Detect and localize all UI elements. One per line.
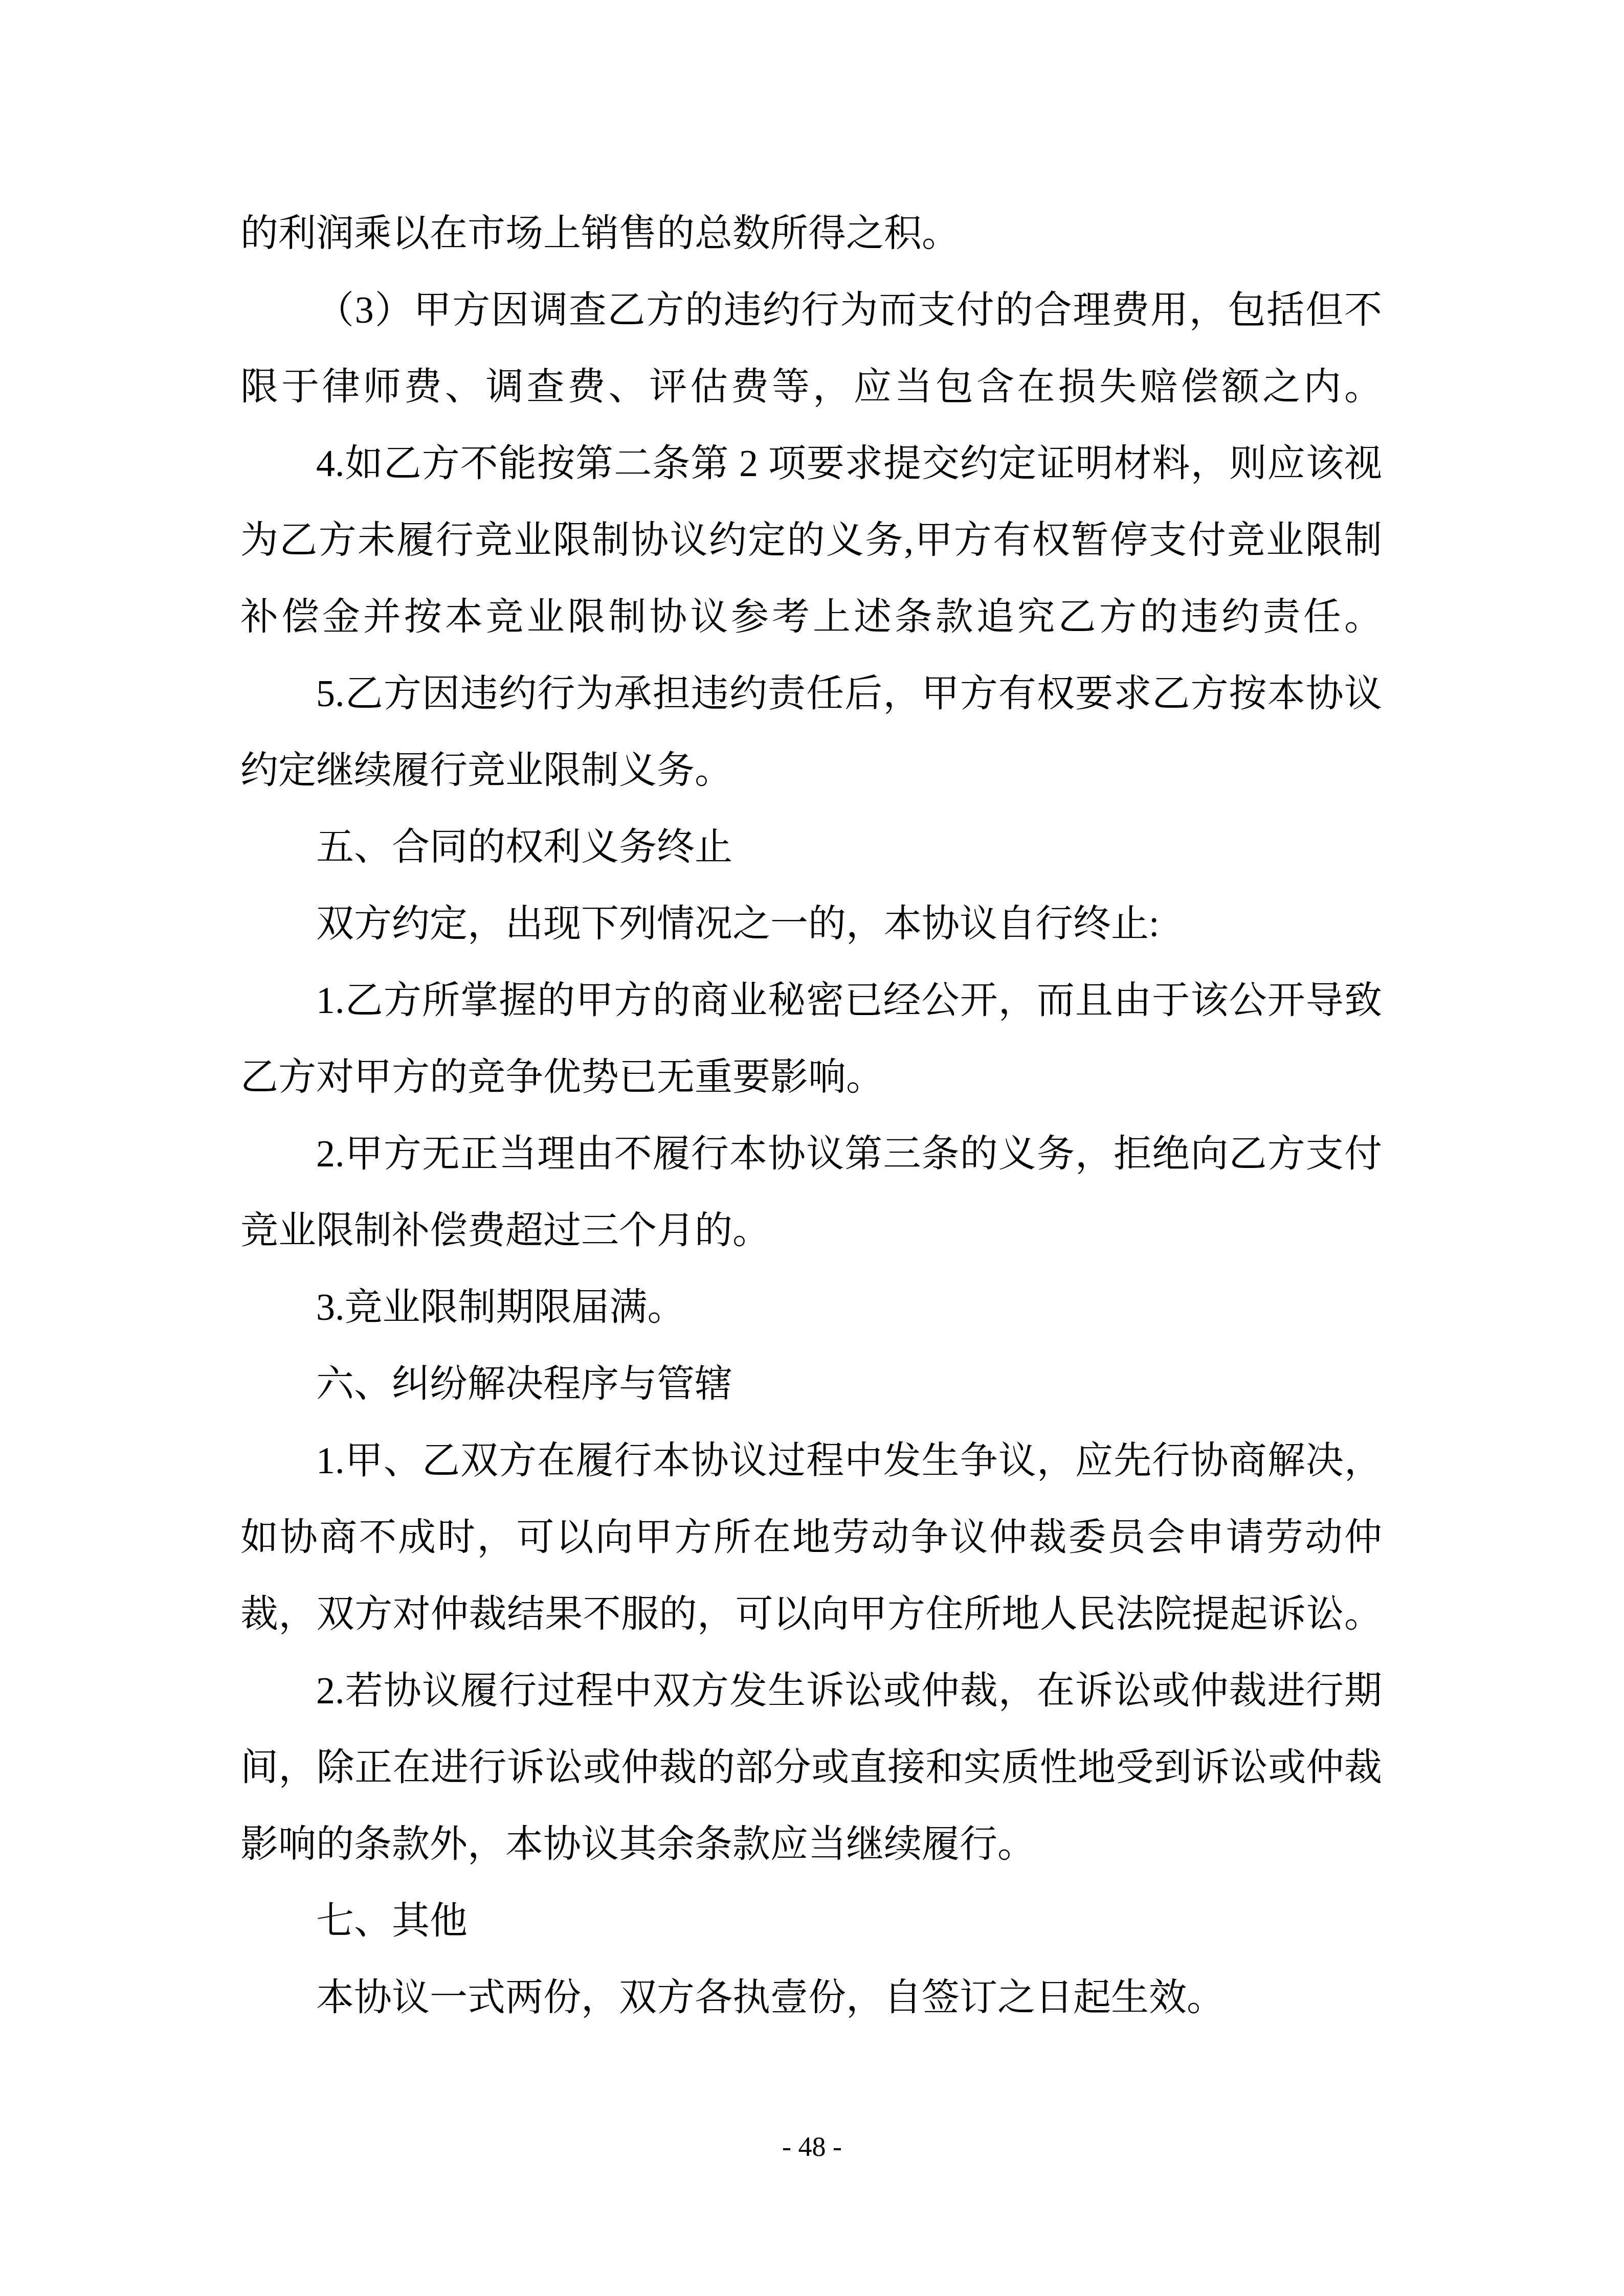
text-line: 3.竞业限制期限届满。 [240,1269,1382,1346]
text-line: 间，除正在进行诉讼或仲裁的部分或直接和实质性地受到诉讼或仲裁 [240,1729,1382,1806]
text-line: （3）甲方因调查乙方的违约行为而支付的合理费用，包括但不 [240,272,1382,349]
text-line: 双方约定，出现下列情况之一的，本协议自行终止: [240,886,1382,962]
page-number: - 48 - [0,2131,1624,2162]
text-line: 约定继续履行竞业限制义务。 [240,732,1382,809]
text-line: 2.甲方无正当理由不履行本协议第三条的义务，拒绝向乙方支付 [240,1116,1382,1192]
text-line: 的利润乘以在市场上销售的总数所得之积。 [240,195,1382,272]
document-page: 的利润乘以在市场上销售的总数所得之积。（3）甲方因调查乙方的违约行为而支付的合理… [0,0,1624,2296]
text-line: 4.如乙方不能按第二条第 2 项要求提交约定证明材料，则应该视 [240,425,1382,502]
text-line: 裁，双方对仲裁结果不服的，可以向甲方住所地人民法院提起诉讼。 [240,1576,1382,1653]
text-line: 为乙方未履行竞业限制协议约定的义务,甲方有权暂停支付竞业限制 [240,502,1382,579]
text-line: 2.若协议履行过程中双方发生诉讼或仲裁，在诉讼或仲裁进行期 [240,1653,1382,1729]
text-line: 限于律师费、调查费、评估费等，应当包含在损失赔偿额之内。 [240,349,1382,425]
text-line: 乙方对甲方的竞争优势已无重要影响。 [240,1039,1382,1116]
text-line: 六、纠纷解决程序与管辖 [240,1346,1382,1423]
text-line: 如协商不成时，可以向甲方所在地劳动争议仲裁委员会申请劳动仲 [240,1499,1382,1576]
document-text-block: 的利润乘以在市场上销售的总数所得之积。（3）甲方因调查乙方的违约行为而支付的合理… [240,195,1382,2036]
text-line: 1.甲、乙双方在履行本协议过程中发生争议，应先行协商解决， [240,1423,1382,1499]
text-line: 影响的条款外，本协议其余条款应当继续履行。 [240,1806,1382,1883]
text-line: 1.乙方所掌握的甲方的商业秘密已经公开，而且由于该公开导致 [240,962,1382,1039]
text-line: 补偿金并按本竞业限制协议参考上述条款追究乙方的违约责任。 [240,579,1382,656]
text-line: 本协议一式两份，双方各执壹份，自签订之日起生效。 [240,1960,1382,2036]
text-line: 竞业限制补偿费超过三个月的。 [240,1192,1382,1269]
text-line: 七、其他 [240,1883,1382,1960]
text-line: 5.乙方因违约行为承担违约责任后，甲方有权要求乙方按本协议 [240,656,1382,732]
text-line: 五、合同的权利义务终止 [240,809,1382,886]
